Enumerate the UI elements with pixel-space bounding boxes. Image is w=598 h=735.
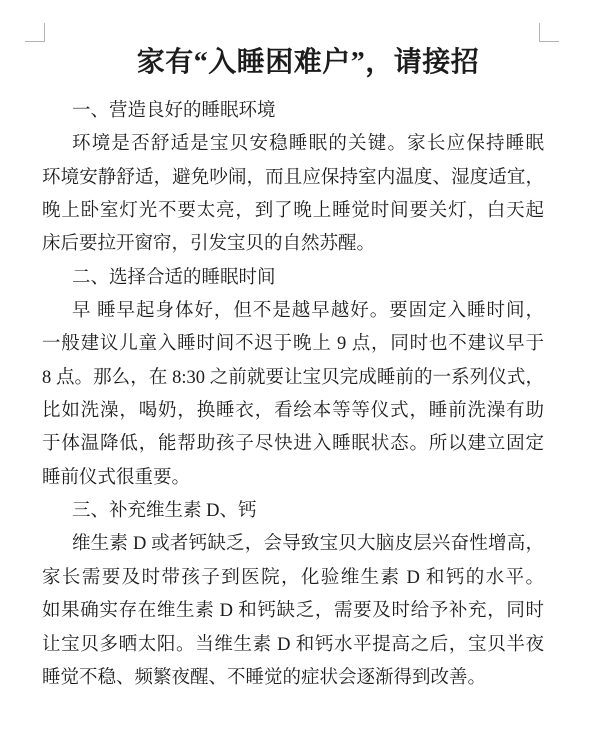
page-title: 家有“入睡困难户”，请接招: [42, 44, 544, 82]
text-line: 二、选择合适的睡眠时间: [42, 262, 544, 295]
document-page: 家有“入睡困难户”，请接招 一、营造良好的睡眠环境环境是否舒适是宝贝安稳睡眠的关…: [0, 0, 598, 735]
text-line: 维生素 D 或者钙缺乏，会导致宝贝大脑皮层兴奋性增高，: [42, 528, 544, 561]
text-line: 如果确实存在维生素 D 和钙缺乏，需要及时给予补充，同时: [42, 595, 544, 628]
text-line: 于体温降低，能帮助孩子尽快进入睡眠状态。所以建立固定: [42, 428, 544, 461]
text-line: 一、营造良好的睡眠环境: [42, 95, 544, 128]
text-line: 三、补充维生素 D、钙: [42, 495, 544, 528]
text-line: 家长需要及时带孩子到医院，化验维生素 D 和钙的水平。: [42, 562, 544, 595]
document-body: 一、营造良好的睡眠环境环境是否舒适是宝贝安稳睡眠的关键。家长应保持睡眠环境安静舒…: [42, 95, 544, 695]
text-line: 睡觉不稳、频繁夜醒、不睡觉的症状会逐渐得到改善。: [42, 662, 544, 695]
text-line: 晚上卧室灯光不要太亮，到了晚上睡觉时间要关灯，白天起: [42, 195, 544, 228]
text-line: 比如洗澡，喝奶，换睡衣，看绘本等等仪式，睡前洗澡有助: [42, 395, 544, 428]
text-line: 环境是否舒适是宝贝安稳睡眠的关键。家长应保持睡眠: [42, 128, 544, 161]
text-line: 床后要拉开窗帘，引发宝贝的自然苏醒。: [42, 228, 544, 261]
text-line: 让宝贝多晒太阳。当维生素 D 和钙水平提高之后，宝贝半夜: [42, 629, 544, 662]
text-line: 睡前仪式很重要。: [42, 462, 544, 495]
text-line: 环境安静舒适，避免吵闹，而且应保持室内温度、湿度适宜，: [42, 162, 544, 195]
text-line: 8 点。那么，在 8:30 之前就要让宝贝完成睡前的一系列仪式，: [42, 362, 544, 395]
text-line: 早 睡早起身体好，但不是越早越好。要固定入睡时间，: [42, 295, 544, 328]
page-margin-mark-top-left-icon: [25, 23, 45, 42]
page-margin-mark-top-right-icon: [539, 23, 559, 42]
text-line: 一般建议儿童入睡时间不迟于晚上 9 点，同时也不建议早于: [42, 328, 544, 361]
